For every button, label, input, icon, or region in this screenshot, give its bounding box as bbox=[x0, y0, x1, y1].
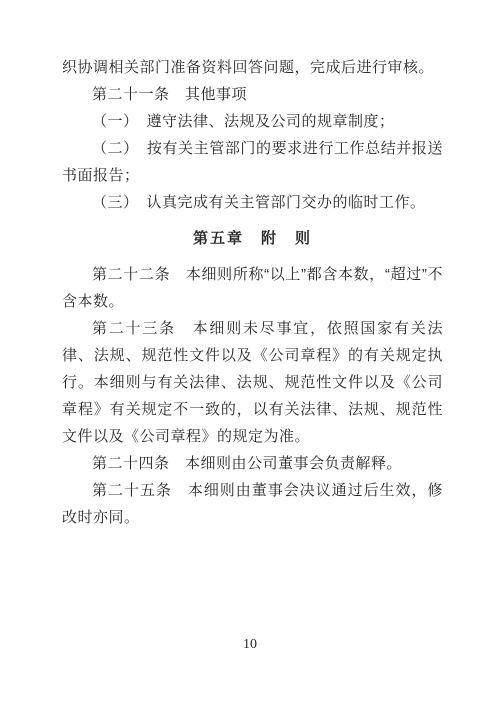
paragraph: 第二十一条 其他事项 bbox=[62, 81, 443, 108]
paragraph: 第二十二条 本细则所称“以上”都含本数，“超过”不含本数。 bbox=[62, 261, 443, 315]
paragraph: 织协调相关部门准备资料回答问题，完成后进行审核。 bbox=[62, 54, 443, 81]
paragraph: 第二十五条 本细则由董事会决议通过后生效，修改时亦同。 bbox=[62, 477, 443, 531]
document-content: 织协调相关部门准备资料回答问题，完成后进行审核。第二十一条 其他事项（一） 遵守… bbox=[62, 54, 443, 531]
chapter-heading: 第五章 附 则 bbox=[62, 225, 443, 252]
paragraph: （二） 按有关主管部门的要求进行工作总结并报送书面报告； bbox=[62, 135, 443, 189]
document-page: 织协调相关部门准备资料回答问题，完成后进行审核。第二十一条 其他事项（一） 遵守… bbox=[0, 0, 500, 707]
paragraph: 第二十四条 本细则由公司董事会负责解释。 bbox=[62, 450, 443, 477]
page-number: 10 bbox=[0, 637, 500, 653]
paragraph: （一） 遵守法律、法规及公司的规章制度； bbox=[62, 108, 443, 135]
paragraph: （三） 认真完成有关主管部门交办的临时工作。 bbox=[62, 189, 443, 216]
paragraph: 第二十三条 本细则未尽事宜，依照国家有关法律、法规、规范性文件以及《公司章程》的… bbox=[62, 315, 443, 450]
